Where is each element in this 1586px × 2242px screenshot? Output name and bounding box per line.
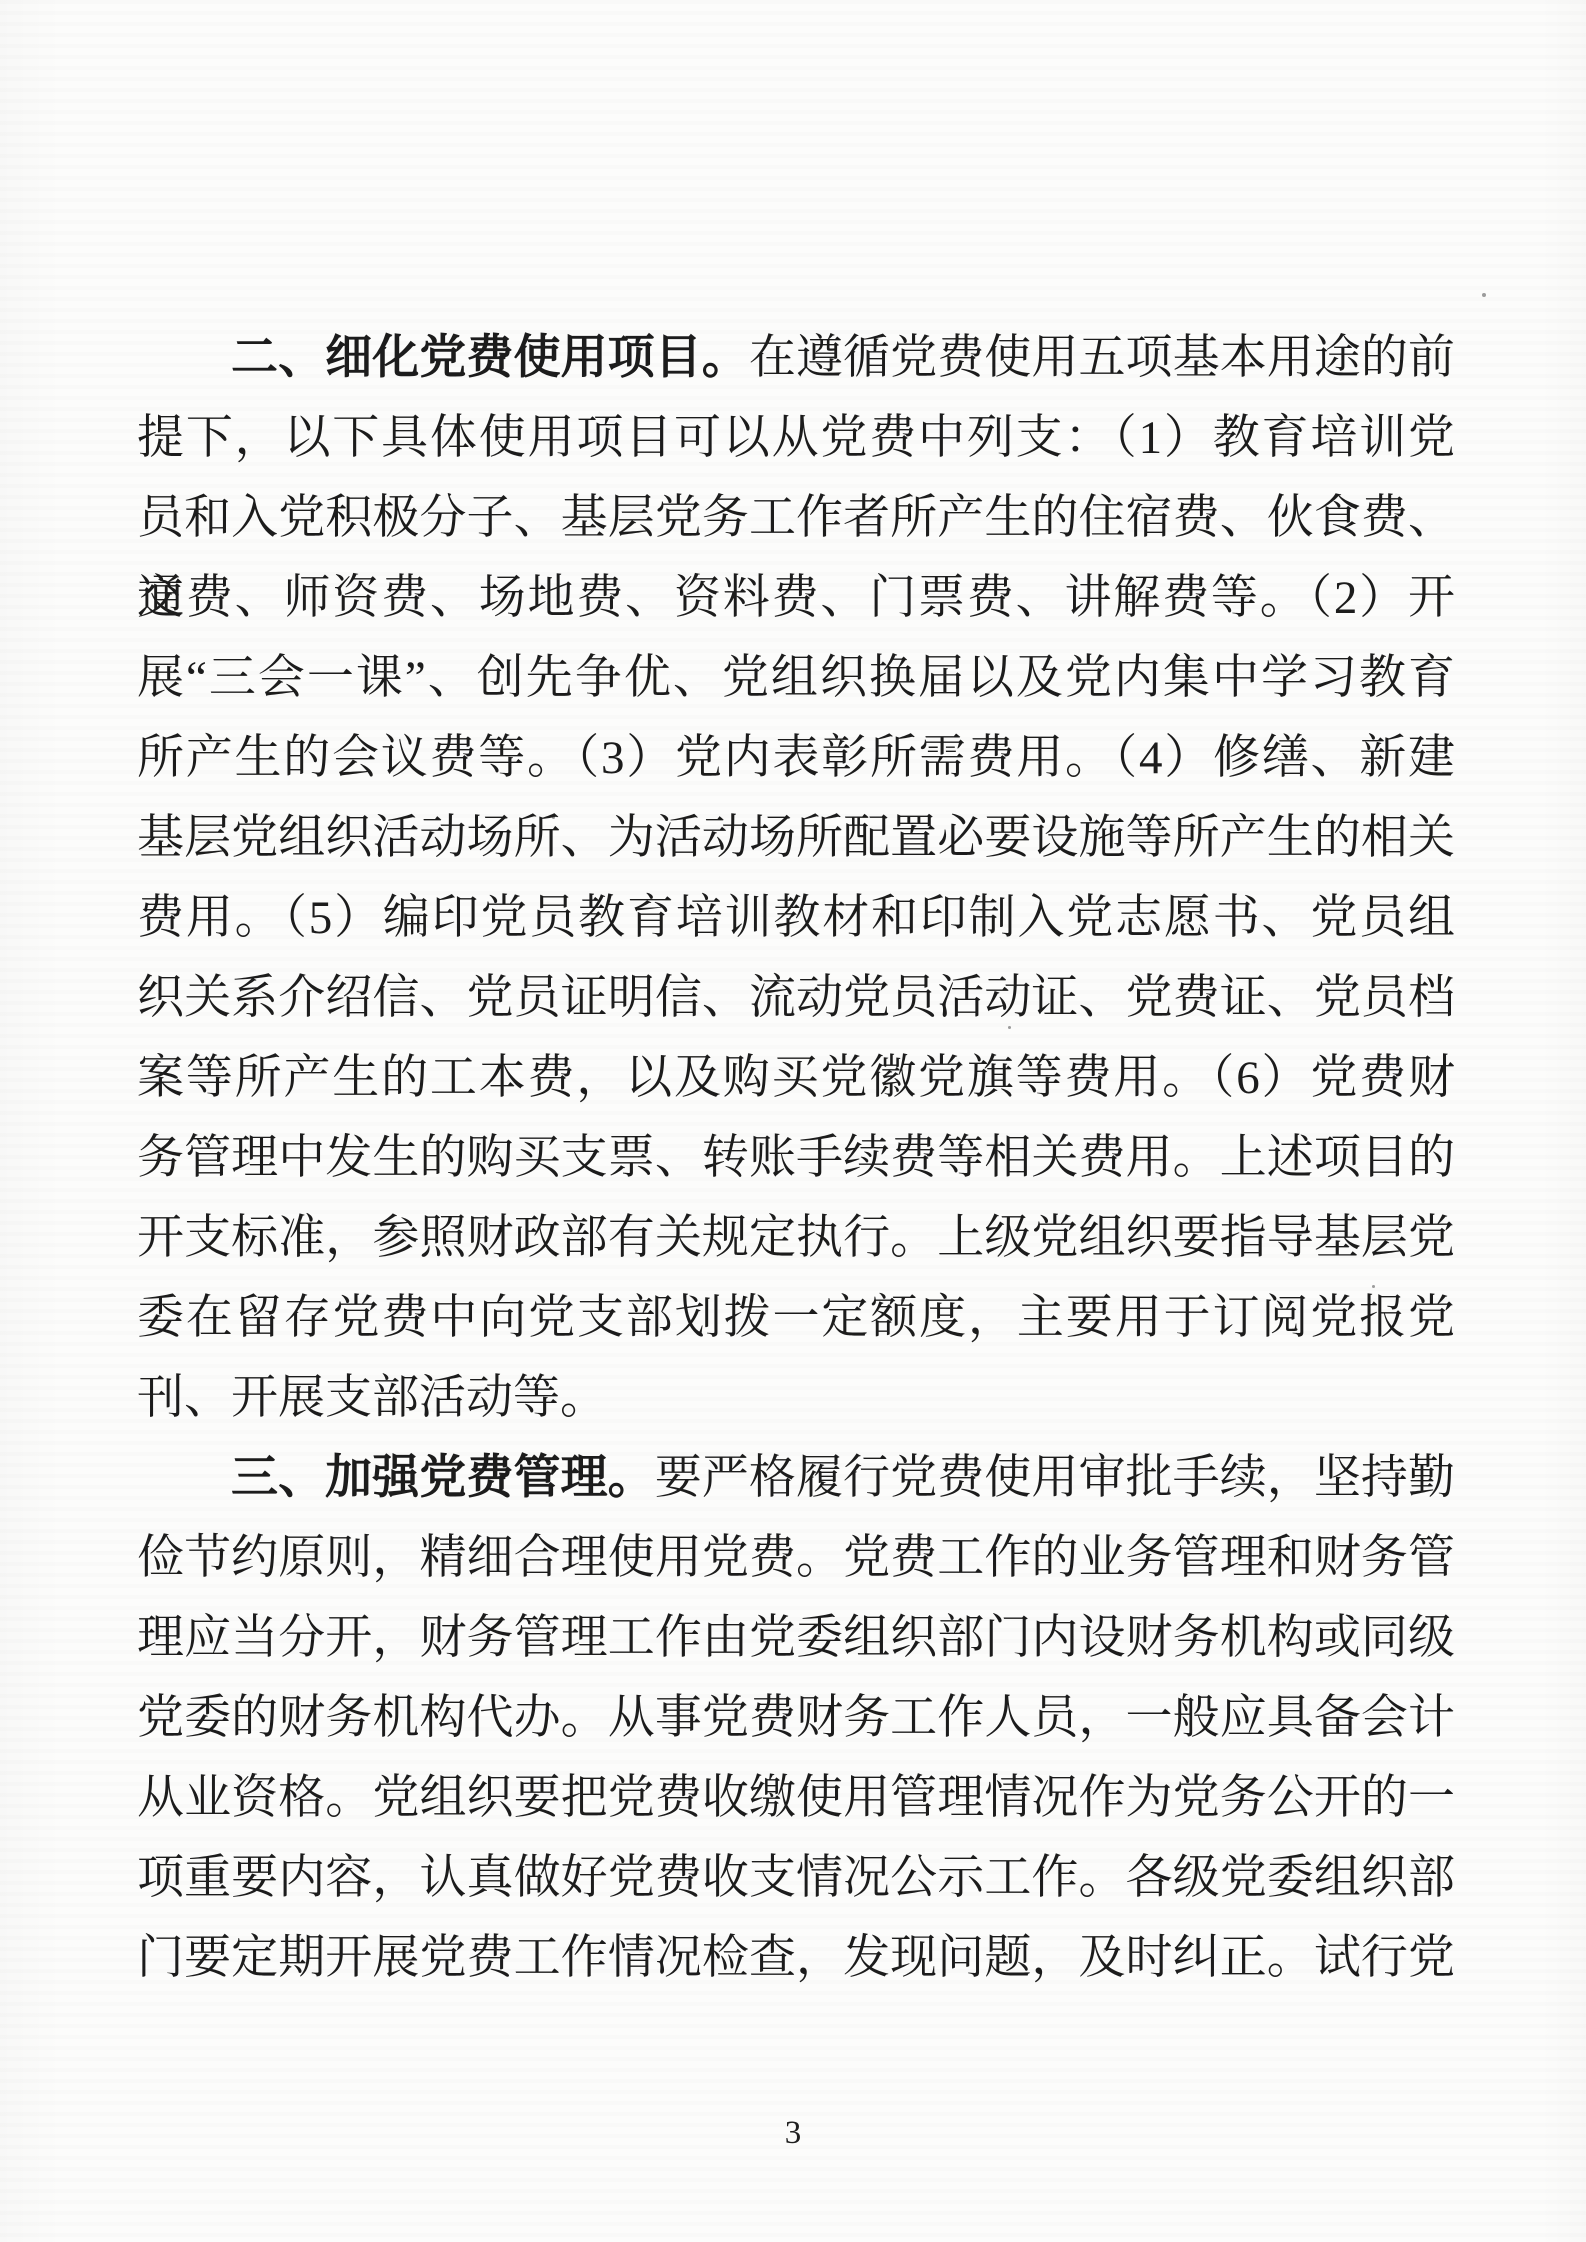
text-line: 所产生的会议费等。（3）党内表彰所需费用。（4）修缮、新建	[137, 718, 1455, 798]
text-line: 门要定期开展党费工作情况检查，发现问题，及时纠正。试行党	[137, 1918, 1455, 1998]
scan-speck	[1103, 1950, 1106, 1953]
text-line: 展“三会一课”、创先争优、党组织换届以及党内集中学习教育	[137, 638, 1455, 718]
text-line: 党委的财务机构代办。从事党费财务工作人员，一般应具备会计	[137, 1678, 1455, 1758]
text-line: 项重要内容，认真做好党费收支情况公示工作。各级党委组织部	[137, 1838, 1455, 1918]
scan-speck	[1008, 1026, 1011, 1029]
paragraph-heading: 三、加强党费管理。	[231, 1452, 655, 1504]
text-line: 从业资格。党组织要把党费收缴使用管理情况作为党务公开的一	[137, 1758, 1455, 1838]
text-line: 委在留存党费中向党支部划拨一定额度，主要用于订阅党报党	[137, 1278, 1455, 1358]
text-line: 提下，以下具体使用项目可以从党费中列支：（1）教育培训党	[137, 398, 1455, 478]
text-line: 俭节约原则，精细合理使用党费。党费工作的业务管理和财务管	[137, 1518, 1455, 1598]
text-line: 开支标准，参照财政部有关规定执行。上级党组织要指导基层党	[137, 1198, 1455, 1278]
text-line: 案等所产生的工本费，以及购买党徽党旗等费用。（6）党费财	[137, 1038, 1455, 1118]
text-line: 务管理中发生的购买支票、转账手续费等相关费用。上述项目的	[137, 1118, 1455, 1198]
scan-speck	[552, 816, 555, 819]
text-line: 织关系介绍信、党员证明信、流动党员活动证、党费证、党员档	[137, 958, 1455, 1038]
text-line: 刊、开展支部活动等。	[137, 1358, 1455, 1438]
document-body: 二、细化党费使用项目。在遵循党费使用五项基本用途的前提下，以下具体使用项目可以从…	[137, 318, 1455, 1998]
scan-speck	[1372, 1285, 1375, 1288]
page-number: 3	[0, 2108, 1586, 2158]
document-page: 二、细化党费使用项目。在遵循党费使用五项基本用途的前提下，以下具体使用项目可以从…	[0, 0, 1586, 2242]
paragraph-heading: 二、细化党费使用项目。	[231, 332, 749, 384]
text-line: 费用。（5）编印党员教育培训教材和印制入党志愿书、党员组	[137, 878, 1455, 958]
text-line: 三、加强党费管理。要严格履行党费使用审批手续，坚持勤	[137, 1438, 1455, 1518]
text-line: 通费、师资费、场地费、资料费、门票费、讲解费等。（2）开	[137, 558, 1455, 638]
text-line: 理应当分开，财务管理工作由党委组织部门内设财务机构或同级	[137, 1598, 1455, 1678]
scan-speck	[1482, 293, 1486, 297]
text-line: 基层党组织活动场所、为活动场所配置必要设施等所产生的相关	[137, 798, 1455, 878]
text-line: 员和入党积极分子、基层党务工作者所产生的住宿费、伙食费、交	[137, 478, 1455, 558]
text-line: 二、细化党费使用项目。在遵循党费使用五项基本用途的前	[137, 318, 1455, 398]
